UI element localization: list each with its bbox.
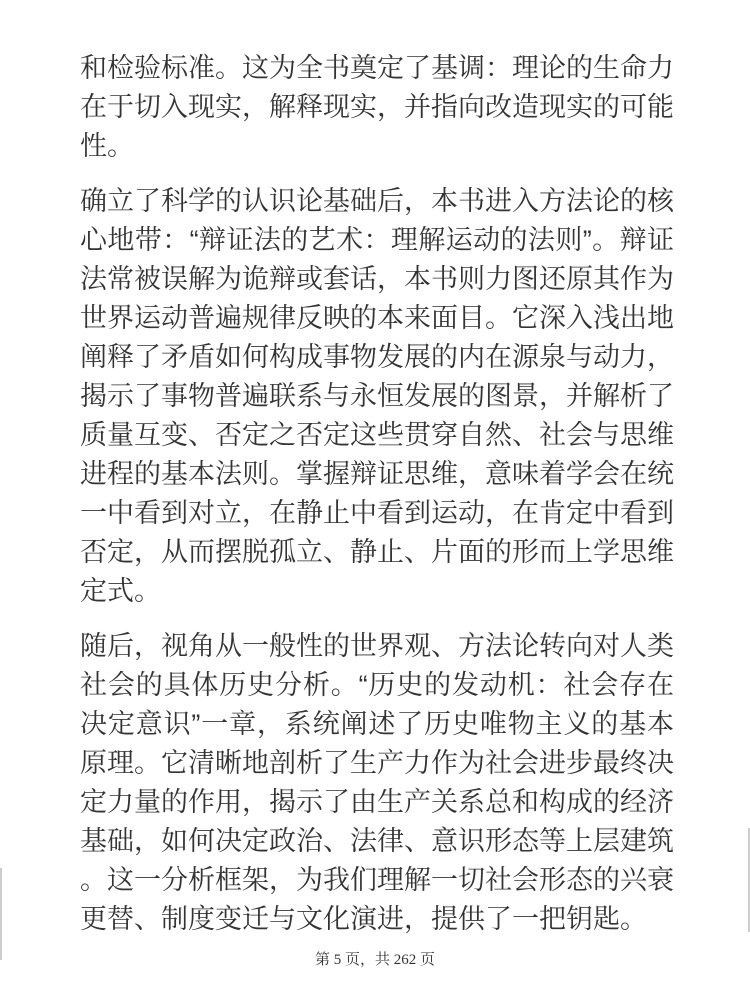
paragraph-3: 随后，视角从一般性的世界观、方法论转向对人类社会的具体历史分析。“历史的发动机：… bbox=[80, 627, 674, 939]
page-body-text: 和检验标准。这为全书奠定了基调：理论的生命力在于切入现实，解释现实，并指向改造现… bbox=[80, 49, 674, 955]
paragraph-1: 和检验标准。这为全书奠定了基调：理论的生命力在于切入现实，解释现实，并指向改造现… bbox=[80, 49, 674, 166]
paragraph-2: 确立了科学的认识论基础后，本书进入方法论的核心地带：“辩证法的艺术：理解运动的法… bbox=[80, 182, 674, 611]
page-edge-shadow-left bbox=[0, 868, 2, 960]
page-number-footer: 第 5 页，共 262 页 bbox=[0, 948, 750, 969]
document-page: 和检验标准。这为全书奠定了基调：理论的生命力在于切入现实，解释现实，并指向改造现… bbox=[0, 0, 750, 1000]
